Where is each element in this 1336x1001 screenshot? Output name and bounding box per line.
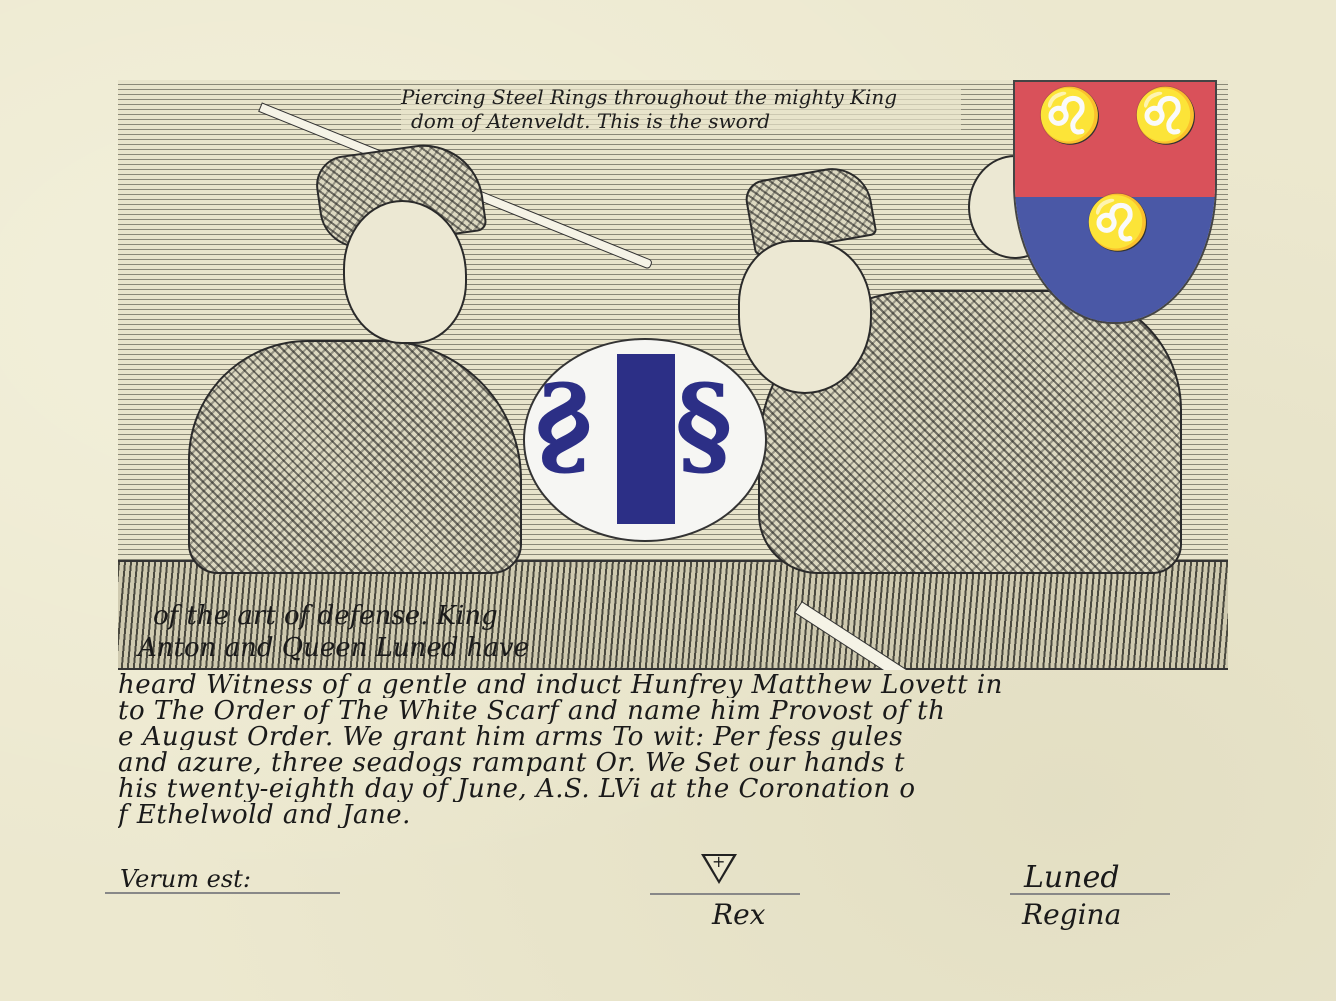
king-signature-line [650, 893, 800, 895]
witness-label: Verum est: [120, 865, 251, 893]
queen-signature: Luned [1024, 860, 1120, 895]
seahorse-roundel: § § [523, 338, 767, 542]
panel-text: of the art of defense. King Anton and Qu… [138, 600, 658, 664]
coat-of-arms-shield: ♌ ♌ ♌ [1013, 80, 1217, 324]
caption-text: Piercing Steel Rings throughout the migh… [401, 85, 961, 133]
illustration-panel: Piercing Steel Rings throughout the migh… [118, 80, 1228, 670]
body-line: his twenty-eighth day of June, A.S. LVi … [118, 776, 1228, 802]
fencer-head [343, 200, 467, 344]
ground-rule [118, 668, 1228, 670]
seahorse-icon: § [535, 370, 593, 480]
panel-text-line-2: Anton and Queen Luned have [138, 632, 658, 664]
body-line: heard Witness of a gentle and induct Hun… [118, 672, 1228, 698]
body-line: f Ethelwold and Jane. [118, 802, 1228, 828]
body-line: e August Order. We grant him arms To wit… [118, 724, 1228, 750]
seahorse-icon: § [675, 370, 733, 480]
king-head [738, 240, 872, 394]
lion-rampant-icon: ♌ [1085, 197, 1150, 249]
scroll-document: Piercing Steel Rings throughout the migh… [0, 0, 1336, 1001]
king-title: Rex [712, 898, 765, 931]
queen-title: Regina [1022, 898, 1121, 931]
body-text: heard Witness of a gentle and induct Hun… [118, 672, 1228, 828]
fencer-figure-body [188, 340, 522, 574]
body-line: and azure, three seadogs rampant Or. We … [118, 750, 1228, 776]
witness-signature-line [105, 892, 340, 894]
cross-icon: + [712, 852, 725, 871]
queen-signature-line [1010, 893, 1170, 895]
body-line: to The Order of The White Scarf and name… [118, 698, 1228, 724]
caption-line-2: dom of Atenveldt. This is the sword [401, 109, 961, 133]
panel-text-line-1: of the art of defense. King [138, 600, 658, 632]
lion-rampant-icon: ♌ [1037, 90, 1102, 142]
lion-rampant-icon: ♌ [1133, 90, 1198, 142]
roundel-pale [617, 354, 675, 524]
caption-line-1: Piercing Steel Rings throughout the migh… [401, 85, 961, 109]
